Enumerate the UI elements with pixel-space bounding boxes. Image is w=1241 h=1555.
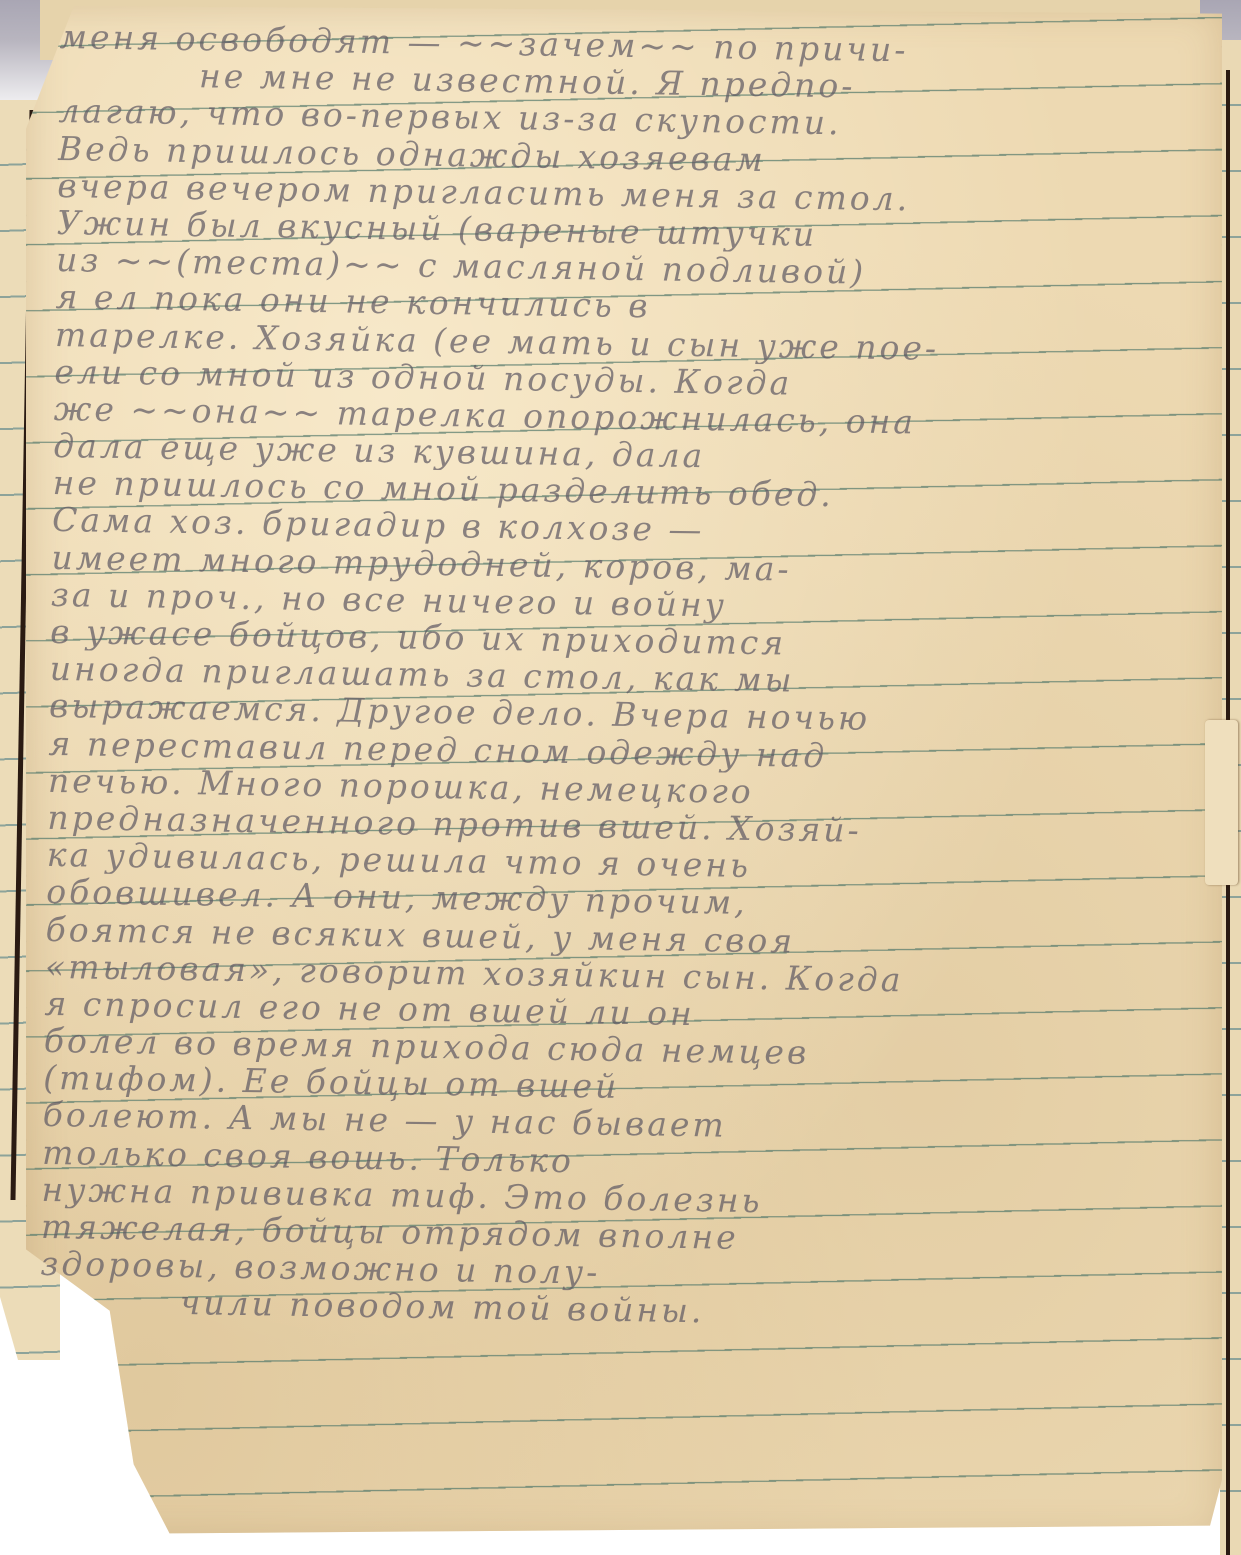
handwritten-text: меня освободят — ~~зачем~~ по причи- не … [40, 18, 1220, 1338]
folded-paper-tab [1205, 720, 1238, 885]
